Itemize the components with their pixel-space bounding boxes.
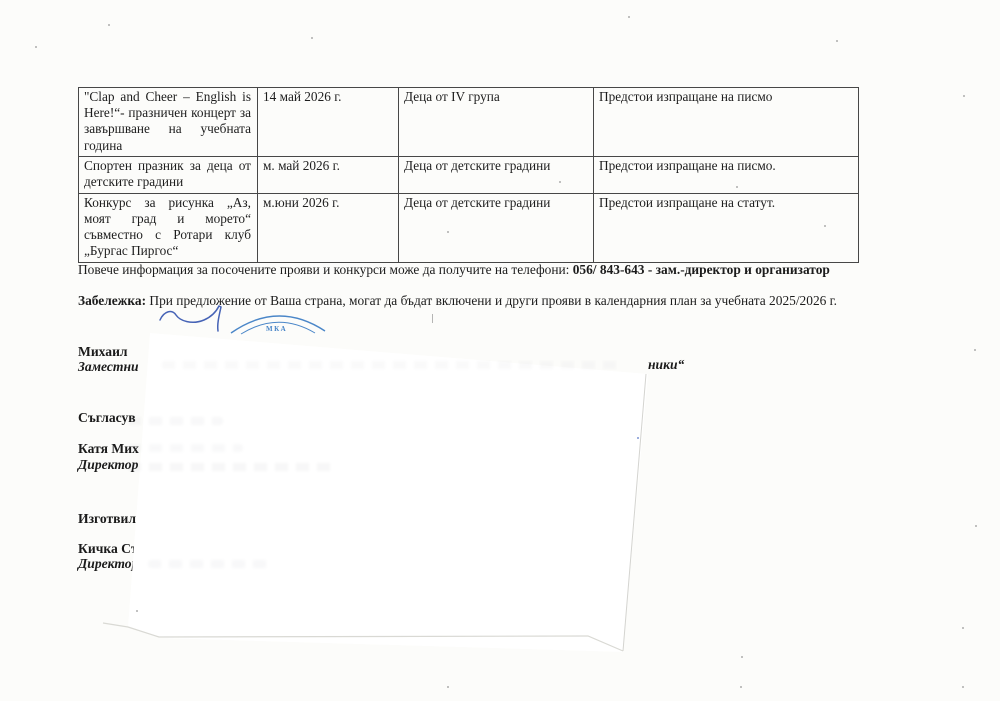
scan-speck <box>628 16 630 18</box>
scan-speck <box>962 627 964 629</box>
cell-date: м.юни 2026 г. <box>258 193 399 262</box>
contact-info-line: Повече информация за посочените прояви и… <box>78 262 878 278</box>
cell-status: Предстои изпращане на писмо. <box>594 156 859 193</box>
signature-title-1-end: ники“ <box>648 357 684 373</box>
cell-date: м. май 2026 г. <box>258 156 399 193</box>
scan-speck <box>963 95 965 97</box>
cell-participants: Деца от IV група <box>399 88 594 157</box>
cell-date: 14 май 2026 г. <box>258 88 399 157</box>
scan-speck <box>974 349 976 351</box>
scan-speck <box>35 46 37 48</box>
cell-event: Конкурс за рисунка „Аз, моят град и море… <box>79 193 258 262</box>
signature-title-3: Директор <box>78 556 138 572</box>
cell-event: "Clap and Cheer – English is Here!“- пра… <box>79 88 258 157</box>
scan-speck <box>559 181 561 183</box>
scan-speck <box>741 656 743 658</box>
stamp-letters: МКА <box>266 325 287 333</box>
cell-status: Предстои изпращане на статут. <box>594 193 859 262</box>
cell-participants: Деца от детските градини <box>399 156 594 193</box>
events-table-body: "Clap and Cheer – English is Here!“- пра… <box>79 88 859 263</box>
ghost-smudge <box>128 463 333 471</box>
cell-participants: Деца от детските градини <box>399 193 594 262</box>
scan-speck <box>108 24 110 26</box>
agreed-label: Съгласув <box>78 410 136 426</box>
ghost-smudge <box>128 417 223 425</box>
scan-speck <box>975 525 977 527</box>
scan-speck <box>824 225 826 227</box>
contact-info-text: Повече информация за посочените прояви и… <box>78 262 573 277</box>
signature-name-3: Кичка Ст <box>78 541 138 557</box>
scan-speck <box>736 186 738 188</box>
ghost-smudge <box>128 444 243 452</box>
table-row: Спортен празник за деца от детските град… <box>79 156 859 193</box>
scan-speck <box>836 40 838 42</box>
scan-speck <box>447 686 449 688</box>
cell-event: Спортен празник за деца от детските град… <box>79 156 258 193</box>
ghost-smudge <box>162 361 622 369</box>
blue-ink-speck <box>637 437 639 439</box>
table-row: Конкурс за рисунка „Аз, моят град и море… <box>79 193 859 262</box>
scan-speck <box>962 686 964 688</box>
table-row: "Clap and Cheer – English is Here!“- пра… <box>79 88 859 157</box>
cell-status: Предстои изпращане на писмо <box>594 88 859 157</box>
round-stamp-icon: МКА <box>228 302 328 336</box>
scan-speck <box>311 37 313 39</box>
prepared-label: Изготвил <box>78 511 136 527</box>
scan-speck <box>740 686 742 688</box>
handwritten-signature-icon <box>156 304 234 336</box>
contact-phone-bold: 056/ 843-643 - зам.-директор и организат… <box>573 262 830 277</box>
scanned-document-page: "Clap and Cheer – English is Here!“- пра… <box>0 0 1000 701</box>
scan-speck <box>136 610 138 612</box>
signature-name-1: Михаил <box>78 344 128 360</box>
scan-speck <box>447 231 449 233</box>
note-label: Забележка: <box>78 293 146 308</box>
ghost-smudge <box>148 560 273 568</box>
signature-title-1: Заместни <box>78 359 139 375</box>
events-table: "Clap and Cheer – English is Here!“- пра… <box>78 87 859 263</box>
stray-tick-mark <box>432 314 433 323</box>
